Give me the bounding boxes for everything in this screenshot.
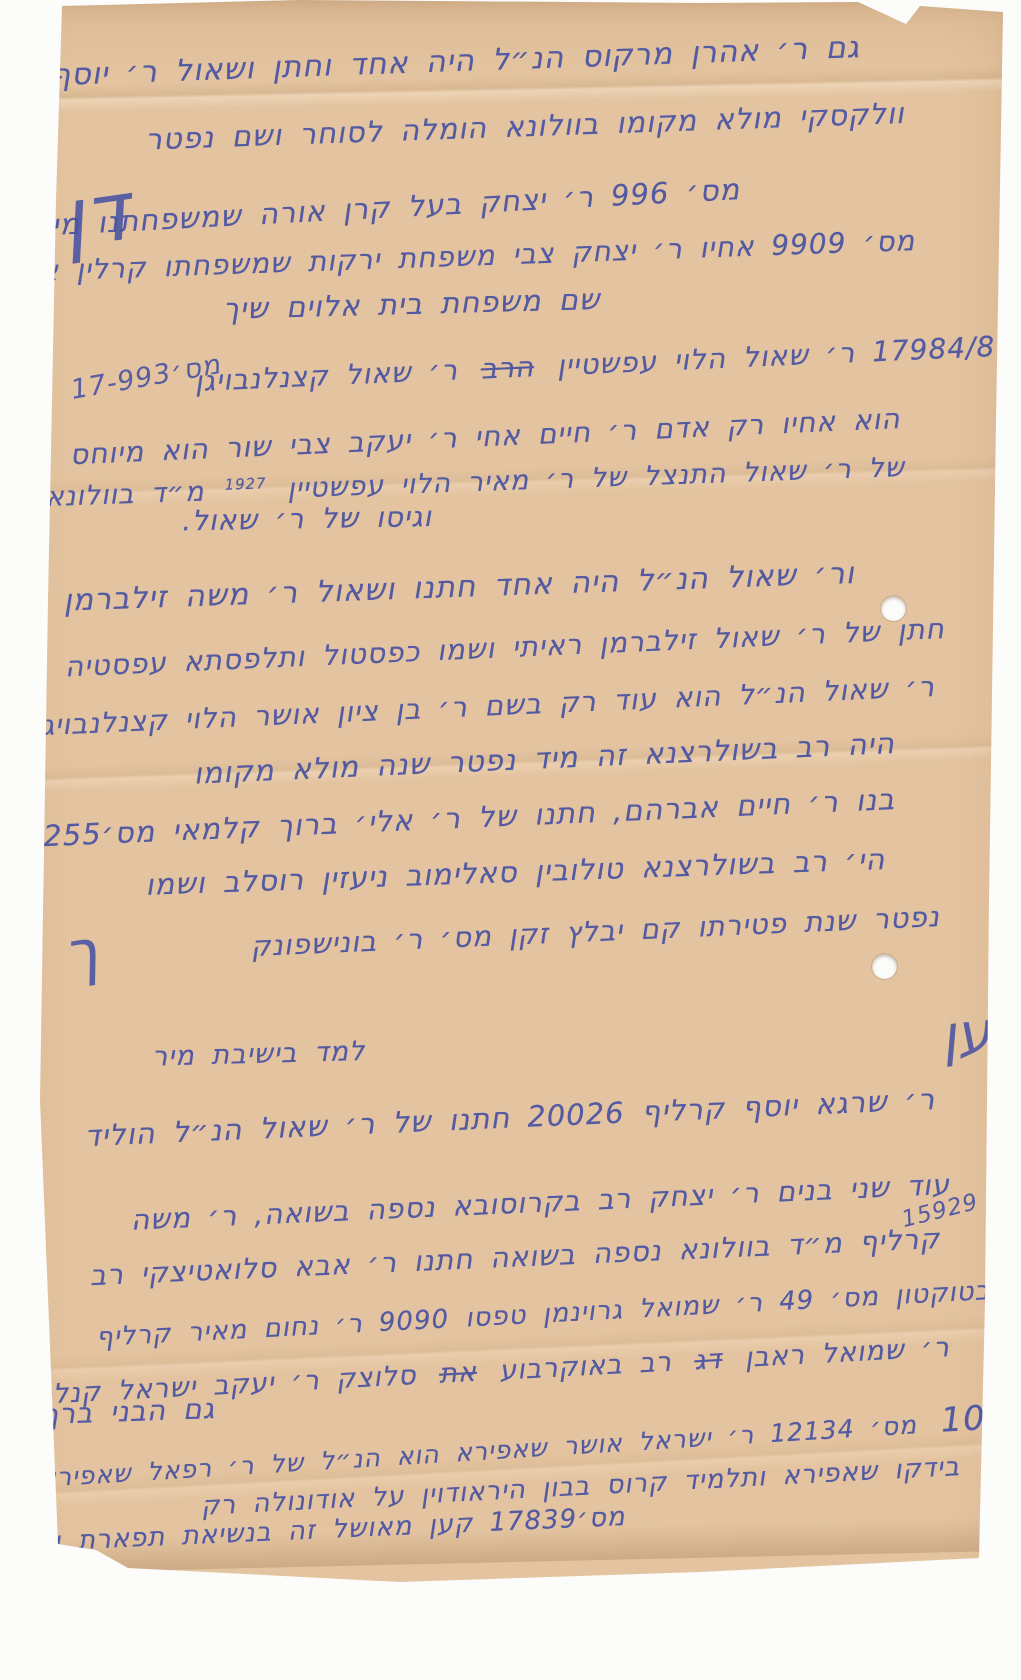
- handwriting-flourish: ען: [937, 1000, 994, 1070]
- handwritten-line: היה רב בשולרצנא זה מיד נפטר שנה מולא מקו…: [193, 726, 896, 791]
- handwritten-line: למד בישיבת מיר: [151, 1036, 365, 1073]
- paper-sheet: גם ר׳ אהרן מרקוס הנ״ל היה אחד וחתן ושאול…: [0, 0, 1021, 1680]
- line-text: ר׳ שמואל ראבן: [744, 1332, 950, 1374]
- hole-punch-bottom: [872, 954, 897, 979]
- superscript-year: 1927: [225, 474, 267, 493]
- line-text: של ר׳ שאול התנצל של ר׳ מאיר הלוי עפשטיין: [287, 452, 906, 505]
- handwriting-flourish: ך: [58, 914, 103, 992]
- struck-word: את: [439, 1357, 478, 1390]
- line-text: ר׳ שאול קצנלנבויגן: [194, 353, 459, 397]
- list-index-number: 10: [939, 1398, 986, 1440]
- line-text: רב באוקרבוע: [499, 1347, 673, 1387]
- scanned-document-page: גם ר׳ אהרן מרקוס הנ״ל היה אחד וחתן ושאול…: [0, 0, 1021, 1680]
- handwritten-line: גם ר׳ אהרן מרקוס הנ״ל היה אחד וחתן ושאול…: [40, 30, 861, 94]
- handwritten-line: וגיסו של ר׳ שאול.: [182, 500, 433, 537]
- line-text: 17984/8 ר׳ שאול הלוי עפשטיין: [556, 330, 996, 382]
- handwritten-line: בנו ר׳ חיים אברהם, חתנו של ר׳ אלי׳ ברוך …: [23, 782, 896, 854]
- hole-punch-top: [881, 596, 906, 621]
- struck-word: הרב: [480, 350, 535, 385]
- handwritten-line: וולקסקי מולא מקומו בוולונא הומלה לסוחר ו…: [145, 96, 905, 156]
- handwritten-line: גם הבני ברך: [43, 1392, 216, 1431]
- handwritten-line: שם משפחת בית אלוים שיך: [222, 282, 600, 326]
- handwritten-line: ר׳ שרגא יוסף קרליף 20026 חתנו של ר׳ שאול…: [84, 1082, 936, 1153]
- handwritten-line: חתן של ר׳ שאול זילברמן ראיתי ושמו כפסטול…: [65, 612, 946, 683]
- struck-word: דג: [694, 1344, 723, 1376]
- handwritten-line: ור׳ שאול הנ״ל היה אחד חתנו ושאול ר׳ משה …: [63, 556, 855, 619]
- handwritten-line: הי׳ רב בשולרצנא טולובין סאלימוב ניעזין ר…: [145, 842, 886, 902]
- handwritten-line: 17984/8 ר׳ שאול הלוי עפשטיין הרב ר׳ שאול…: [194, 330, 996, 398]
- handwriting-flourish: דן: [56, 164, 136, 267]
- handwritten-line: נפטר שנת פטירתו קם יבלץ זקן מס׳ ר׳ בוניש…: [250, 900, 941, 963]
